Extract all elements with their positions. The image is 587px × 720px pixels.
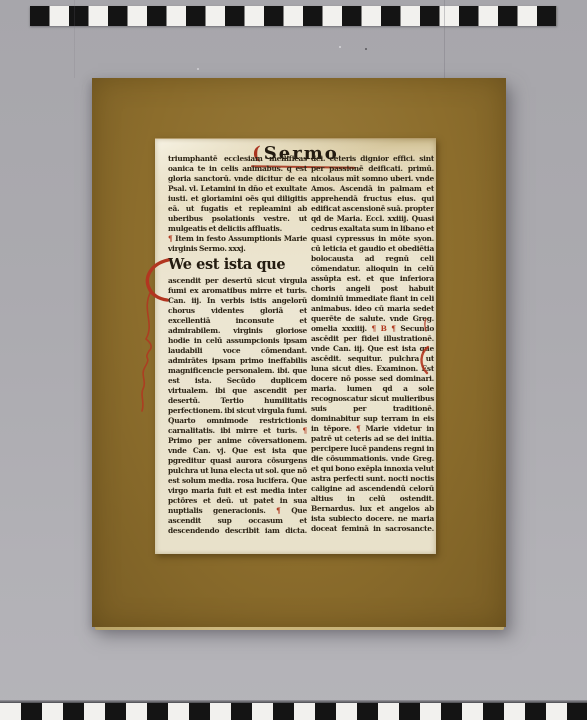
text-run: We est ista que: [168, 256, 285, 273]
rubric-run: ¶: [276, 506, 291, 515]
photographic-scale-bar-bottom: [0, 703, 587, 720]
text-block: triumphantē ecclesiam mellificas oanica …: [168, 154, 307, 234]
text-run: Primo per anime cōversationem. vnde Can.…: [168, 436, 307, 515]
backdrop-seam: [74, 0, 75, 78]
manuscript-leaf: (Sermo triumphantē ecclesiam mellificas …: [155, 138, 436, 554]
rubric-run: ¶: [303, 426, 307, 435]
mat-board: (Sermo triumphantē ecclesiam mellificas …: [92, 78, 506, 627]
photo-of-manuscript-leaf: (Sermo triumphantē ecclesiam mellificas …: [0, 0, 587, 720]
dust-speck: [339, 46, 341, 48]
text-run: Marie videtur in patrē ut ceteris ad se …: [311, 424, 434, 535]
mat-board-bottom-edge: [95, 627, 504, 630]
dust-speck: [197, 68, 199, 70]
text-column-left: triumphantē ecclesiam mellificas oanica …: [168, 154, 307, 535]
marginal-rubric-mark: [416, 317, 432, 377]
incipit-heading: We est ista que: [168, 256, 307, 274]
text-block: ascendit per desertū sicut virgula fumi …: [168, 276, 307, 535]
dust-speck: [365, 48, 367, 50]
rubric-run: ¶ B ¶: [372, 324, 401, 333]
decorated-initial-flourish: [137, 255, 175, 420]
photographic-scale-bar-top: [30, 6, 557, 26]
backdrop-seam: [444, 0, 445, 80]
text-block: ¶ Item in festo Assumptionis Marie virgi…: [168, 234, 307, 254]
text-run: Item in festo Assumptionis Marie virgini…: [168, 234, 307, 253]
text-run: dei. ceteris dignior effici. sint per pa…: [311, 154, 434, 333]
text-run: ascendit per desertū sicut virgula fumi …: [168, 276, 307, 435]
text-run: triumphantē ecclesiam mellificas oanica …: [168, 154, 307, 233]
